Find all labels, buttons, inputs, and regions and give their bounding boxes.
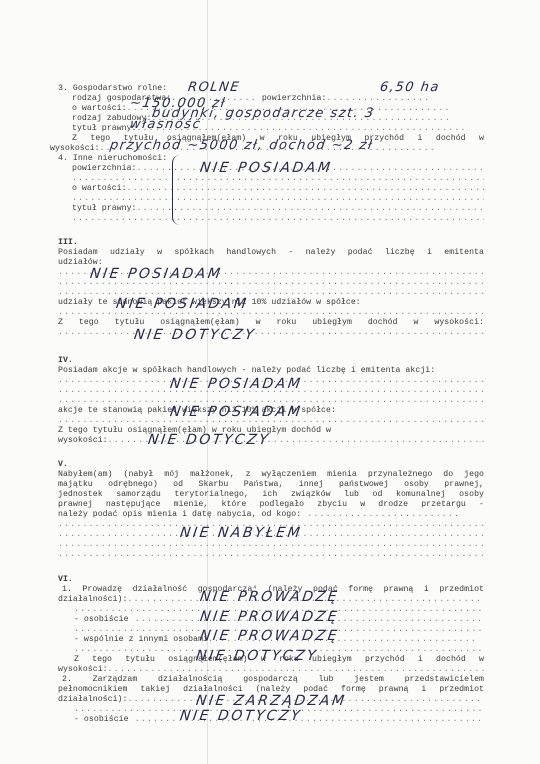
other-value-row: o wartości:.............................… [72,184,484,194]
shares-10pct-answer: NIE POSIADAM [115,296,250,312]
shares-income-label: Z tego tytułu osiągnąłem(ęłam) w roku ub… [58,318,484,328]
stocks-10pct-answer: NIE POSIADAM [169,404,304,420]
stocks-answer: NIE POSIADAM [169,376,304,392]
section-3-numeral: III. [58,238,484,248]
management-personally-answer: NIE DOTYCZY [179,708,303,724]
dotted-line: ........................................… [72,214,484,224]
section-5-text-5: należy podać opis mienia i datę nabycia,… [58,510,484,520]
farm-income-value: przychód ~5000 zł, dochód ~2 zł [109,138,374,153]
handwritten-brace [172,155,183,225]
section-3-text: Posiadam udziały w spółkach handlowych -… [58,248,484,258]
dotted-line: ........................................… [72,194,484,204]
acquired-property-answer: NIE NABYŁEM [179,525,303,541]
business-answer: NIE PROWADZĘ [199,589,340,605]
other-property-answer: NIE POSIADAM [199,160,334,176]
farm-title-value: własność [129,117,202,132]
section-5-numeral: V. [58,460,484,470]
dotted-line: ........................................… [58,540,484,550]
section-5-text-1: Nabyłem(am) (nabył mój małżonek, z wyłąc… [58,470,484,480]
declaration-page: 3. Gospodarstwo rolne: rodzaj gospodarst… [0,0,540,764]
stocks-income-label: Z tego tytułu osiągnąłem(ęłam) w roku ub… [58,426,484,436]
stocks-income-row: wysokości:..............................… [58,436,484,446]
section-5-text-3: jednostek samorządu terytorialnego, ich … [58,490,484,500]
section-4-numeral: IV. [58,356,484,366]
farm-type-value: ROLNE [187,80,241,95]
business-income-answer: NIE DOTYCZY [195,648,319,664]
management-heading: 2. Zarządzam działalnością gospodarczą l… [62,675,484,685]
farm-area-value: 6,50 ha [379,80,441,95]
dotted-line: ........................................… [58,328,484,338]
section-5-text-2: majątku odrębnego) od Skarbu Państwa, in… [58,480,484,490]
business-jointly-answer: NIE PROWADZĘ [199,628,340,644]
shares-answer: NIE POSIADAM [89,266,224,282]
dotted-line: ........................................… [58,550,484,560]
section-5-text-4: prawnej następujące mienie, które podleg… [58,500,484,510]
section-6-numeral: VI. [58,575,484,585]
shares-income-answer: NIE DOTYCZY [133,327,257,343]
section-4-text: Posiadam akcje w spółkach handlowych - n… [58,366,484,376]
business-personally-answer: NIE PROWADZĘ [199,609,340,625]
business-income-row: wysokości:..............................… [58,665,484,675]
management-answer: NIE ZARZĄDZAM [195,693,348,709]
other-title-row: tytuł prawny:...........................… [72,204,484,214]
stocks-income-answer: NIE DOTYCZY [147,432,271,448]
